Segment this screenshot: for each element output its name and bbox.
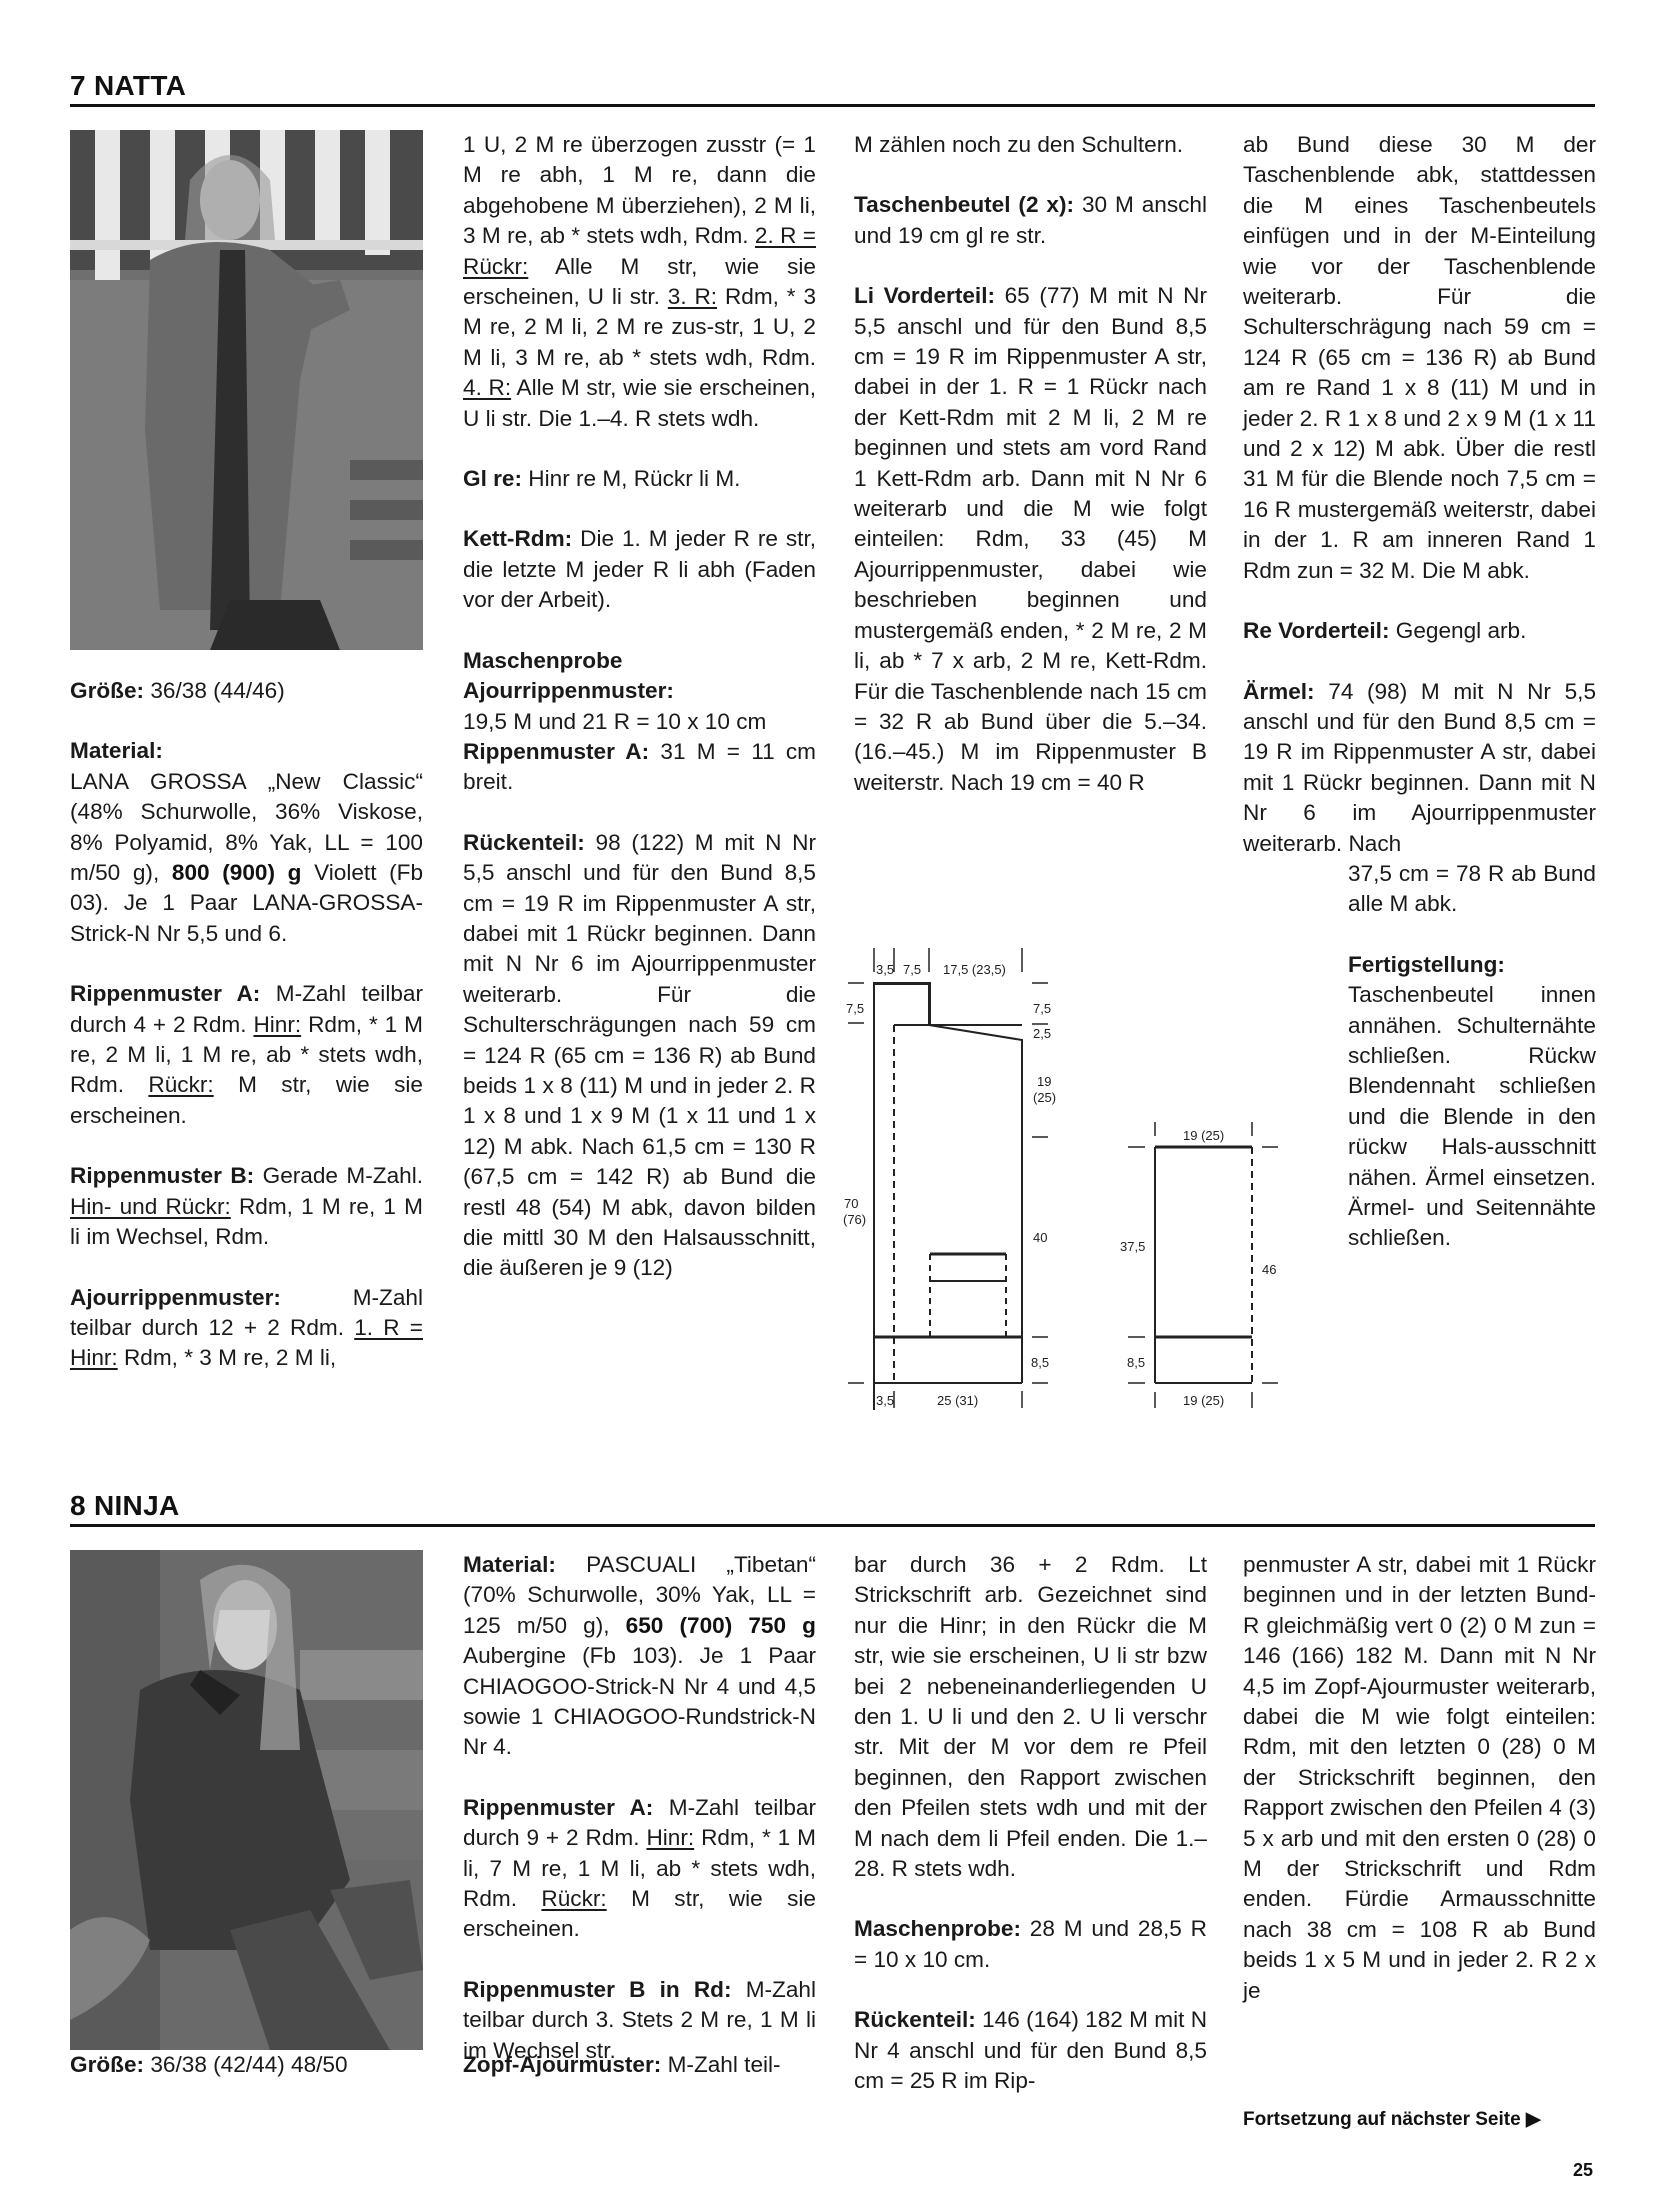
li-vorderteil-label: Li Vorderteil: xyxy=(854,283,995,308)
re-vorderteil-label: Re Vorderteil: xyxy=(1243,618,1389,643)
ninja-col-1: Größe: 36/38 (42/44) 48/50 xyxy=(70,2050,423,2080)
maschenprobe-label: Maschenprobe xyxy=(463,648,622,673)
aermel-text: 74 (98) M mit N Nr 5,5 anschl und für de… xyxy=(1243,679,1596,856)
ajourrippenmuster-label: Ajourrippenmuster: xyxy=(70,1285,281,1310)
maschenprobe-rippA-label: Rippenmuster A: xyxy=(463,739,649,764)
maschenprobe-label: Maschenprobe: xyxy=(854,1916,1021,1941)
dim-right-19: 19 xyxy=(1037,1074,1051,1089)
dim-bottom-3-5: 3,5 xyxy=(876,1393,894,1408)
fertigstellung-text: Taschenbeutel innen annähen. Schulternäh… xyxy=(1348,982,1596,1250)
zopf-ajourmuster-label: Zopf-Ajourmuster: xyxy=(463,2052,661,2077)
material-label: Material: xyxy=(463,1552,556,1577)
rueckenteil-text-cont: M zählen noch zu den Schultern. xyxy=(854,132,1183,157)
row-4-label: 4. R: xyxy=(463,375,511,400)
rueckenteil-text: 98 (122) M mit N Nr 5,5 anschl und für d… xyxy=(463,830,816,1281)
natta-col-2: 1 U, 2 M re überzogen zusstr (= 1 M re a… xyxy=(463,130,816,1284)
sleeve-schematic xyxy=(1155,1147,1252,1383)
sleeve-dim-37-5: 37,5 xyxy=(1120,1239,1145,1254)
section-rule xyxy=(70,104,1595,107)
sleeve-dim-8-5: 8,5 xyxy=(1127,1355,1145,1370)
aermel-text-cont: 37,5 cm = 78 R ab Bund alle M abk. xyxy=(1348,861,1596,916)
hin-und-rueckr-label: Hin- und Rückr: xyxy=(70,1194,231,1219)
ninja-col-2: Material: PASCUALI „Tibetan“ (70% Schurw… xyxy=(463,1550,816,2106)
dim-left-7-5: 7,5 xyxy=(846,1001,864,1016)
sleeve-dim-bottom: 19 (25) xyxy=(1183,1393,1224,1408)
glatt-rechts-text: Hinr re M, Rückr li M. xyxy=(528,466,740,491)
rueckenteil-text-cont: penmuster A str, dabei mit 1 Rückr begin… xyxy=(1243,1552,1596,2003)
rueckr-label: Rückr: xyxy=(541,1886,606,1911)
photo-ninja-image xyxy=(70,1550,423,2050)
groesse-value: 36/38 (42/44) 48/50 xyxy=(150,2052,347,2077)
rippenmuster-b-text: Gerade M-Zahl. xyxy=(263,1163,423,1188)
material-amount: 800 (900) g xyxy=(172,860,302,885)
aermel-label: Ärmel: xyxy=(1243,679,1315,704)
kett-rdm-label: Kett-Rdm: xyxy=(463,526,572,551)
rippenmuster-a-label: Rippenmuster A: xyxy=(70,981,260,1006)
section-title-natta: 7 NATTA xyxy=(70,70,186,102)
dim-right-25: (25) xyxy=(1033,1090,1056,1105)
ninja-col-4: penmuster A str, dabei mit 1 Rückr begin… xyxy=(1243,1550,1596,2006)
material-amount: 650 (700) 750 g xyxy=(626,1613,816,1638)
page-number: 25 xyxy=(1573,2160,1593,2181)
li-vorderteil-text: 65 (77) M mit N Nr 5,5 anschl und für de… xyxy=(854,283,1207,795)
re-vorderteil-text: Gegengl arb. xyxy=(1396,618,1527,643)
rippenmuster-b-label: Rippenmuster B in Rd: xyxy=(463,1977,732,2002)
dim-right-40: 40 xyxy=(1033,1230,1047,1245)
photo-ninja xyxy=(70,1550,423,2050)
rueckenteil-label: Rückenteil: xyxy=(463,830,585,855)
zopf-ajourmuster-text: bar durch 36 + 2 Rdm. Lt Strickschrift a… xyxy=(854,1552,1207,1881)
front-dimension-ticks xyxy=(848,948,1048,1408)
zopf-ajourmuster-text-start: M-Zahl teil- xyxy=(668,2052,781,2077)
material-text-cont: Aubergine (Fb 103). Je 1 Paar CHIAOGOO-S… xyxy=(463,1643,816,1759)
rueckr-label: Rückr: xyxy=(148,1072,213,1097)
natta-col-3: M zählen noch zu den Schultern. Taschenb… xyxy=(854,130,1207,798)
groesse-label: Größe: xyxy=(70,678,144,703)
ninja-col-3: bar durch 36 + 2 Rdm. Lt Strickschrift a… xyxy=(854,1550,1207,2097)
rueckenteil-label: Rückenteil: xyxy=(854,2007,976,2032)
dim-bottom-25: 25 (31) xyxy=(937,1393,978,1408)
dim-left-70: 70 xyxy=(844,1196,858,1211)
rippenmuster-b-label: Rippenmuster B: xyxy=(70,1163,254,1188)
glatt-rechts-label: Gl re: xyxy=(463,466,522,491)
taschenbeutel-label: Taschenbeutel (2 x): xyxy=(854,192,1074,217)
continuation-link[interactable]: Fortsetzung auf nächster Seite ▶ xyxy=(1243,2108,1541,2131)
section-title-ninja: 8 NINJA xyxy=(70,1490,179,1522)
photo-natta-image xyxy=(70,130,423,650)
photo-natta xyxy=(70,130,423,650)
front-piece-schematic xyxy=(874,983,1022,1410)
dim-top-3-5: 3,5 xyxy=(876,962,894,977)
li-vorderteil-text-cont: ab Bund diese 30 M der Taschenblende abk… xyxy=(1243,132,1596,583)
dim-top-7-5: 7,5 xyxy=(903,962,921,977)
hinr-label: Hinr: xyxy=(646,1825,694,1850)
continuation-text: Fortsetzung auf nächster Seite xyxy=(1243,2109,1521,2130)
rippenmuster-a-label: Rippenmuster A: xyxy=(463,1795,653,1820)
dim-left-76: (76) xyxy=(843,1212,866,1227)
groesse-value: 36/38 (44/46) xyxy=(150,678,284,703)
dim-right-8-5: 8,5 xyxy=(1031,1355,1049,1370)
hinr-label: Hinr: xyxy=(253,1012,301,1037)
ninja-col-2-bottom: Zopf-Ajourmuster: M-Zahl teil- xyxy=(463,2050,816,2080)
maschenprobe-sublabel: Ajourrippenmuster: xyxy=(463,678,674,703)
material-label: Material: xyxy=(70,738,163,763)
natta-col-4: ab Bund diese 30 M der Taschenblende abk… xyxy=(1243,130,1596,1254)
row-3-label: 3. R: xyxy=(668,284,717,309)
arrow-right-icon: ▶ xyxy=(1526,2109,1541,2130)
fertigstellung-label: Fertigstellung: xyxy=(1348,952,1505,977)
natta-col-1: Größe: 36/38 (44/46) Material: LANA GROS… xyxy=(70,676,423,1374)
section-rule xyxy=(70,1524,1595,1527)
dim-right-7-5: 7,5 xyxy=(1033,1001,1051,1016)
sleeve-dim-46: 46 xyxy=(1262,1262,1276,1277)
sleeve-dim-top: 19 (25) xyxy=(1183,1128,1224,1143)
dim-right-2-5: 2,5 xyxy=(1033,1026,1051,1041)
ajour-row-1-start: Rdm, * 3 M re, 2 M li, xyxy=(124,1345,336,1370)
ajour-row-4-text: Alle M str, wie sie erscheinen, U li str… xyxy=(463,375,816,430)
groesse-label: Größe: xyxy=(70,2052,144,2077)
dim-top-17-5: 17,5 (23,5) xyxy=(943,962,1006,977)
maschenprobe-text: 19,5 M und 21 R = 10 x 10 cm xyxy=(463,709,766,734)
